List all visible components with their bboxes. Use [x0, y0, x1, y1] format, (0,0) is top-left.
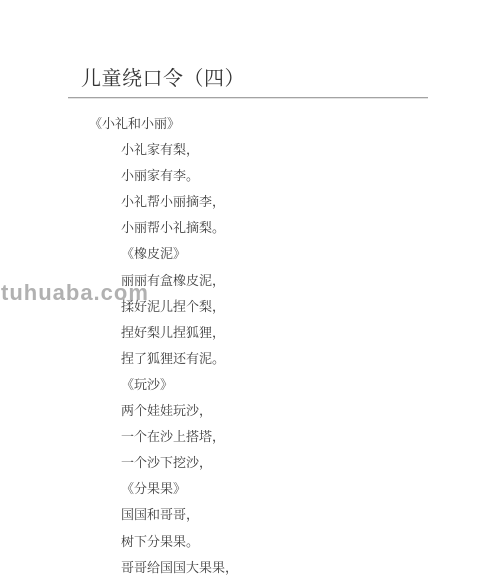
verse-line: 丽丽有盒橡皮泥，	[0, 268, 500, 294]
verse-line: 树下分果果。	[0, 529, 500, 555]
verse-line: 捏好梨儿捏狐狸，	[0, 320, 500, 346]
page-title: 儿童绕口令（四）	[81, 66, 245, 92]
verse-line: 哥哥给国国大果果，	[0, 555, 500, 581]
section-title: 《玩沙》	[0, 372, 500, 398]
document-body: 《小礼和小丽》 小礼家有梨， 小丽家有李。 小礼帮小丽摘李， 小丽帮小礼摘梨。 …	[0, 111, 500, 581]
verse-line: 揉好泥儿捏个梨，	[0, 294, 500, 320]
section-title: 《橡皮泥》	[0, 241, 500, 267]
section-title: 《小礼和小丽》	[0, 111, 500, 137]
title-divider	[68, 97, 428, 99]
section-title: 《分果果》	[0, 476, 500, 502]
verse-line: 两个娃娃玩沙，	[0, 398, 500, 424]
verse-line: 小丽家有李。	[0, 163, 500, 189]
verse-line: 捏了狐狸还有泥。	[0, 346, 500, 372]
verse-line: 国国和哥哥，	[0, 502, 500, 528]
verse-line: 一个沙下挖沙，	[0, 450, 500, 476]
verse-line: 小丽帮小礼摘梨。	[0, 215, 500, 241]
verse-line: 小礼帮小丽摘李，	[0, 189, 500, 215]
verse-line: 一个在沙上搭塔，	[0, 424, 500, 450]
verse-line: 小礼家有梨，	[0, 137, 500, 163]
document-page: tuhuaba.com 儿童绕口令（四） 《小礼和小丽》 小礼家有梨， 小丽家有…	[0, 0, 500, 588]
